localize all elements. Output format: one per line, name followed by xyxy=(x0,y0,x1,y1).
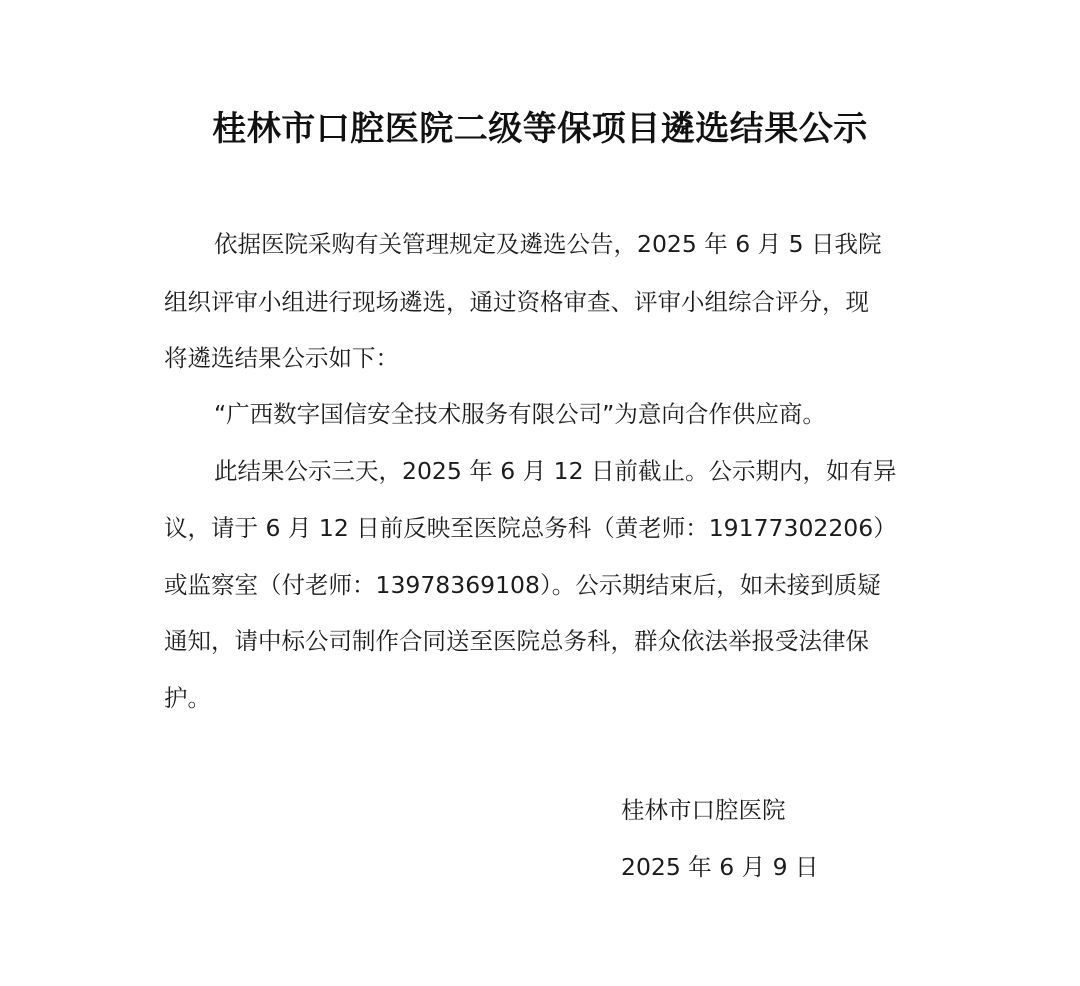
paragraph-3-line-5: 护。 xyxy=(164,683,211,713)
signature-date: 2025 年 6 月 9 日 xyxy=(621,852,819,882)
paragraph-3-line-1: 此结果公示三天，2025 年 6 月 12 日前截止。公示期内，如有异 xyxy=(214,456,897,486)
paragraph-3-line-2: 议，请于 6 月 12 日前反映至医院总务科（黄老师：19177302206） xyxy=(164,513,897,543)
paragraph-3-line-3: 或监察室（付老师：13978369108）。公示期结束后，如未接到质疑 xyxy=(164,570,881,600)
signature-organization: 桂林市口腔医院 xyxy=(621,795,786,825)
paragraph-1-line-3: 将遴选结果公示如下： xyxy=(164,343,399,373)
paragraph-3-line-4: 通知，请中标公司制作合同送至医院总务科，群众依法举报受法律保 xyxy=(164,626,869,656)
paragraph-1-line-2: 组织评审小组进行现场遴选，通过资格审查、评审小组综合评分，现 xyxy=(164,287,869,317)
paragraph-2-supplier: “广西数字国信安全技术服务有限公司”为意向合作供应商。 xyxy=(214,399,826,429)
document-title: 桂林市口腔医院二级等保项目遴选结果公示 xyxy=(0,104,1080,154)
paragraph-1-line-1: 依据医院采购有关管理规定及遴选公告，2025 年 6 月 5 日我院 xyxy=(214,229,882,259)
notice-page: 桂林市口腔医院二级等保项目遴选结果公示 依据医院采购有关管理规定及遴选公告，20… xyxy=(0,0,1080,986)
